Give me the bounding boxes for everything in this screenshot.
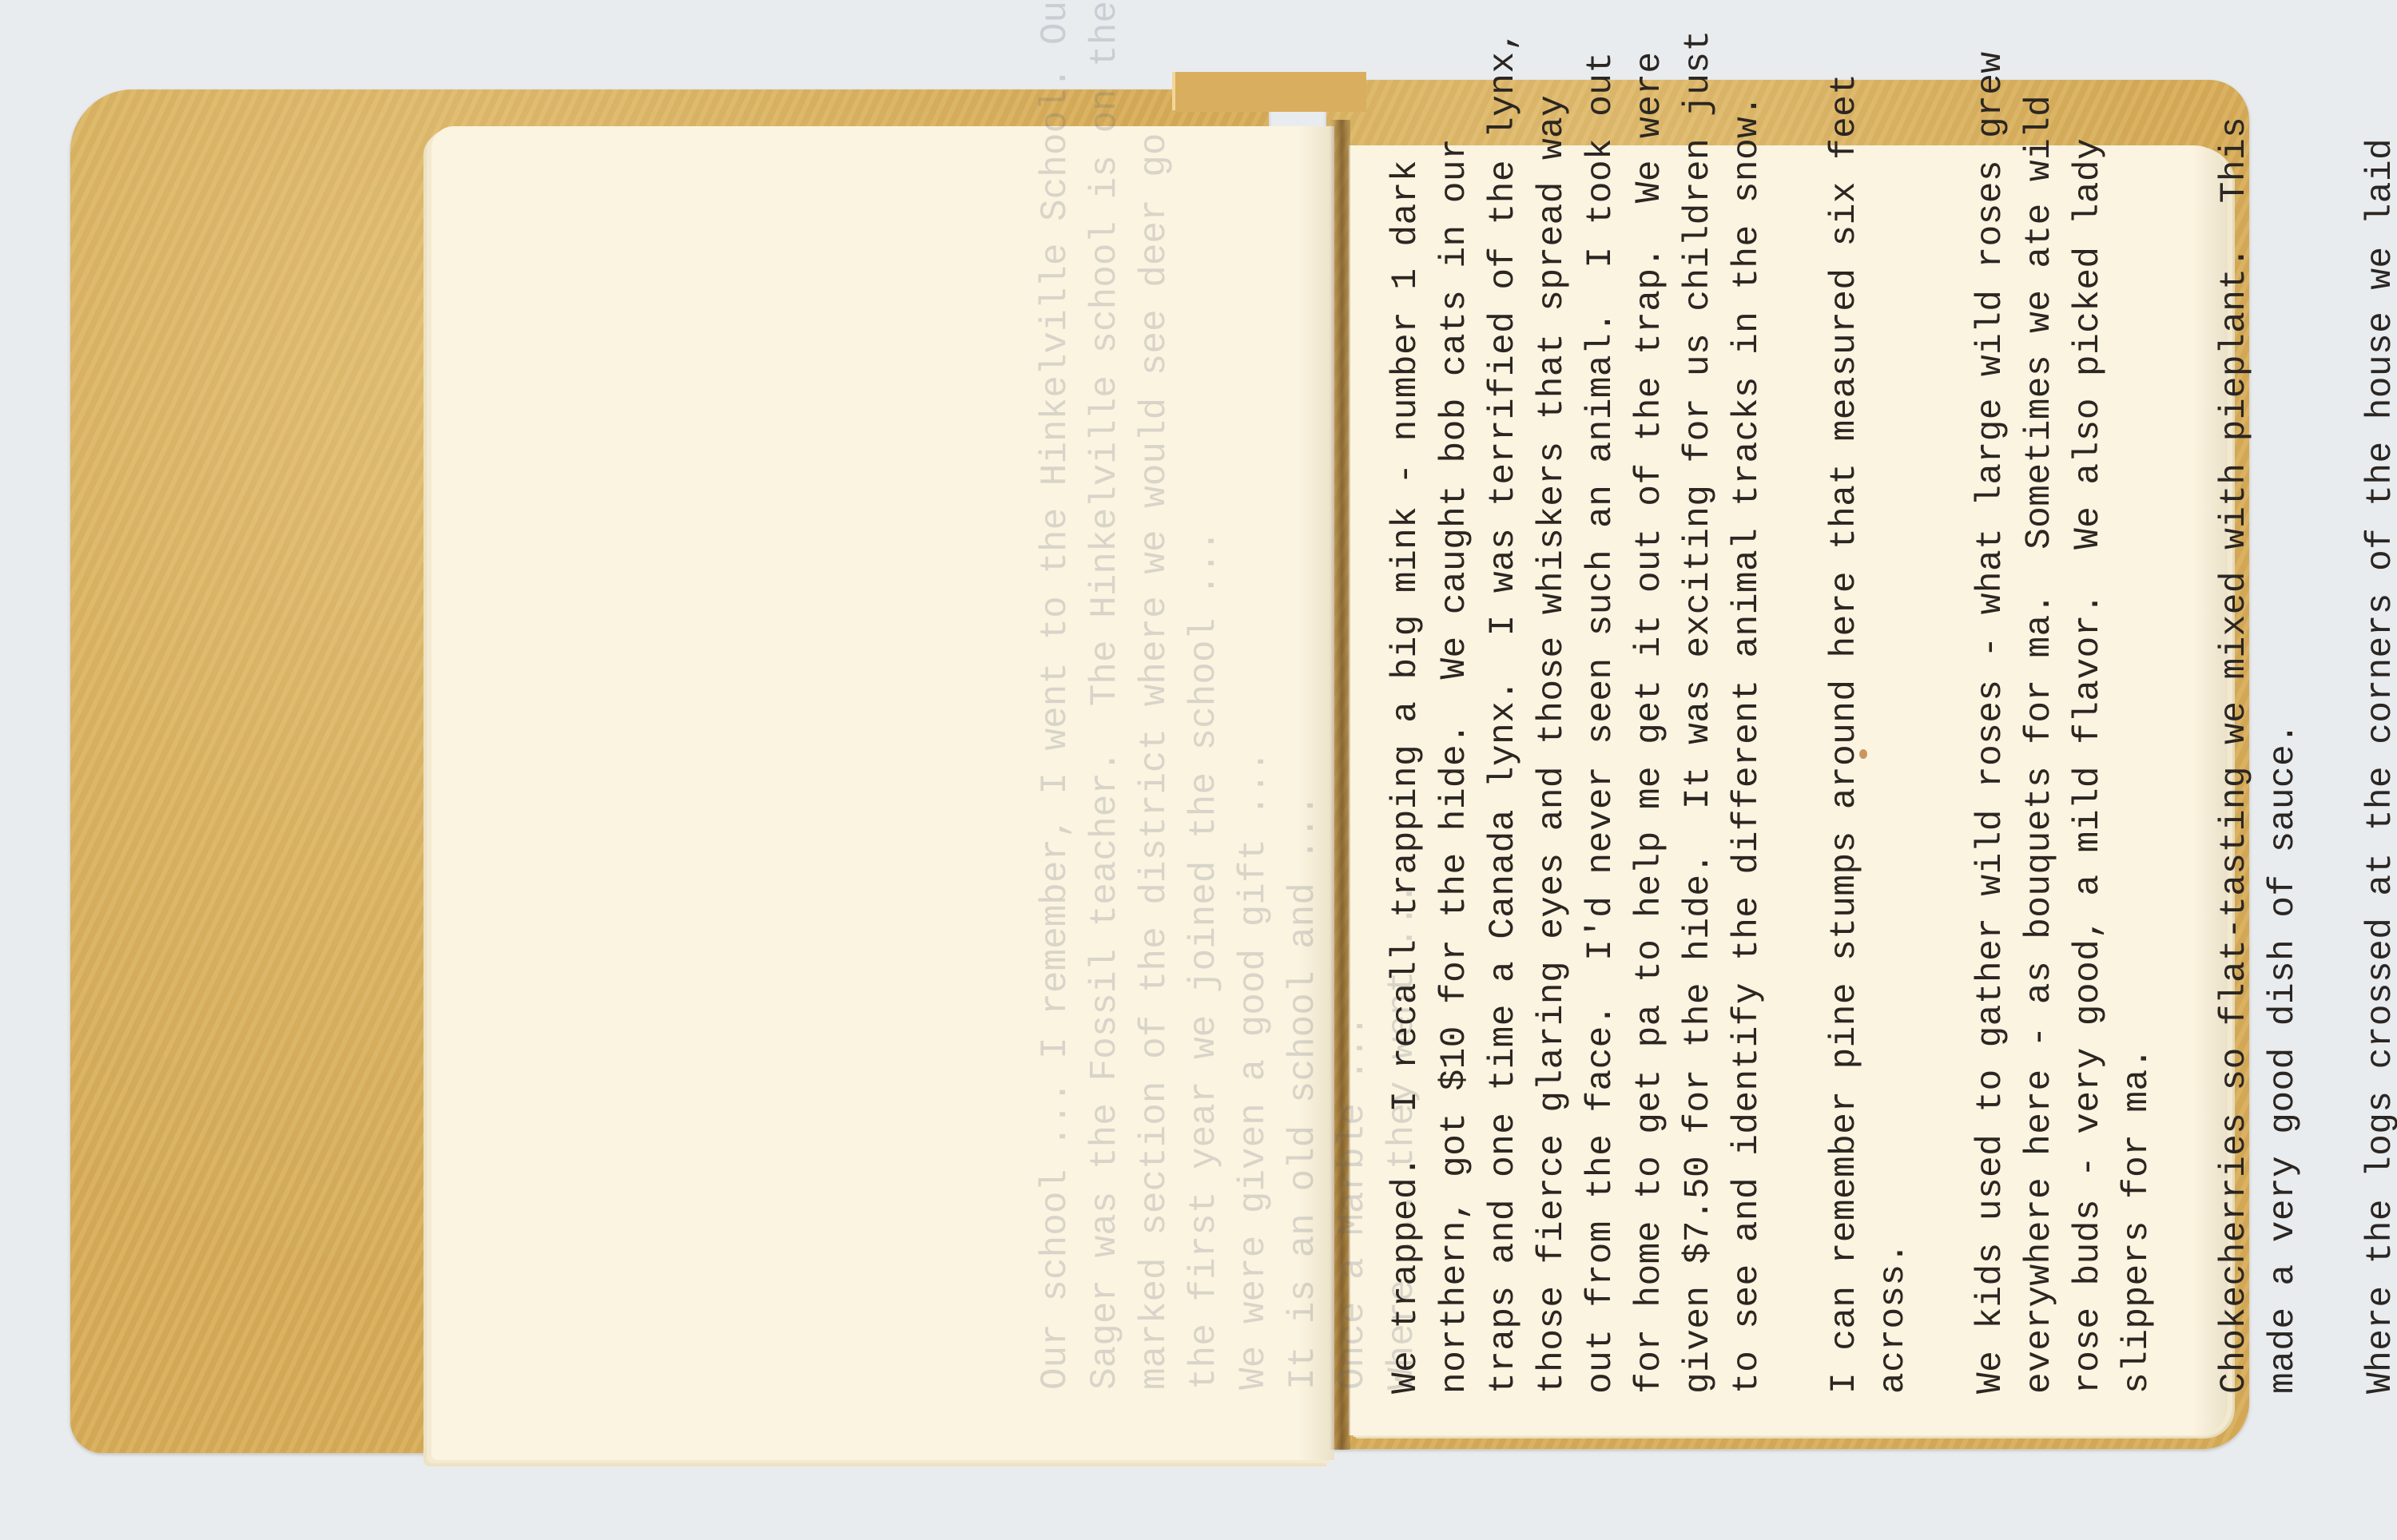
paragraph-wild-roses: We kids used to gather wild roses - what… xyxy=(1967,148,2162,1394)
paragraph-onions: Where the logs crossed at the corners of… xyxy=(2357,148,2397,1394)
typewritten-text: We trapped. I recall trapping a big mink… xyxy=(1382,148,2397,1394)
paper-stain xyxy=(1859,749,1867,759)
paragraph-trapping: We trapped. I recall trapping a big mink… xyxy=(1382,148,1772,1394)
left-page-bleed-through: Our school ... I remember, I went to the… xyxy=(1031,1,1427,1390)
paragraph-chokecherries: Chokecherries so flat-tasting we mixed w… xyxy=(2211,148,2308,1394)
paragraph-pine-stumps: I can remember pine stumps around here t… xyxy=(1821,148,1918,1394)
